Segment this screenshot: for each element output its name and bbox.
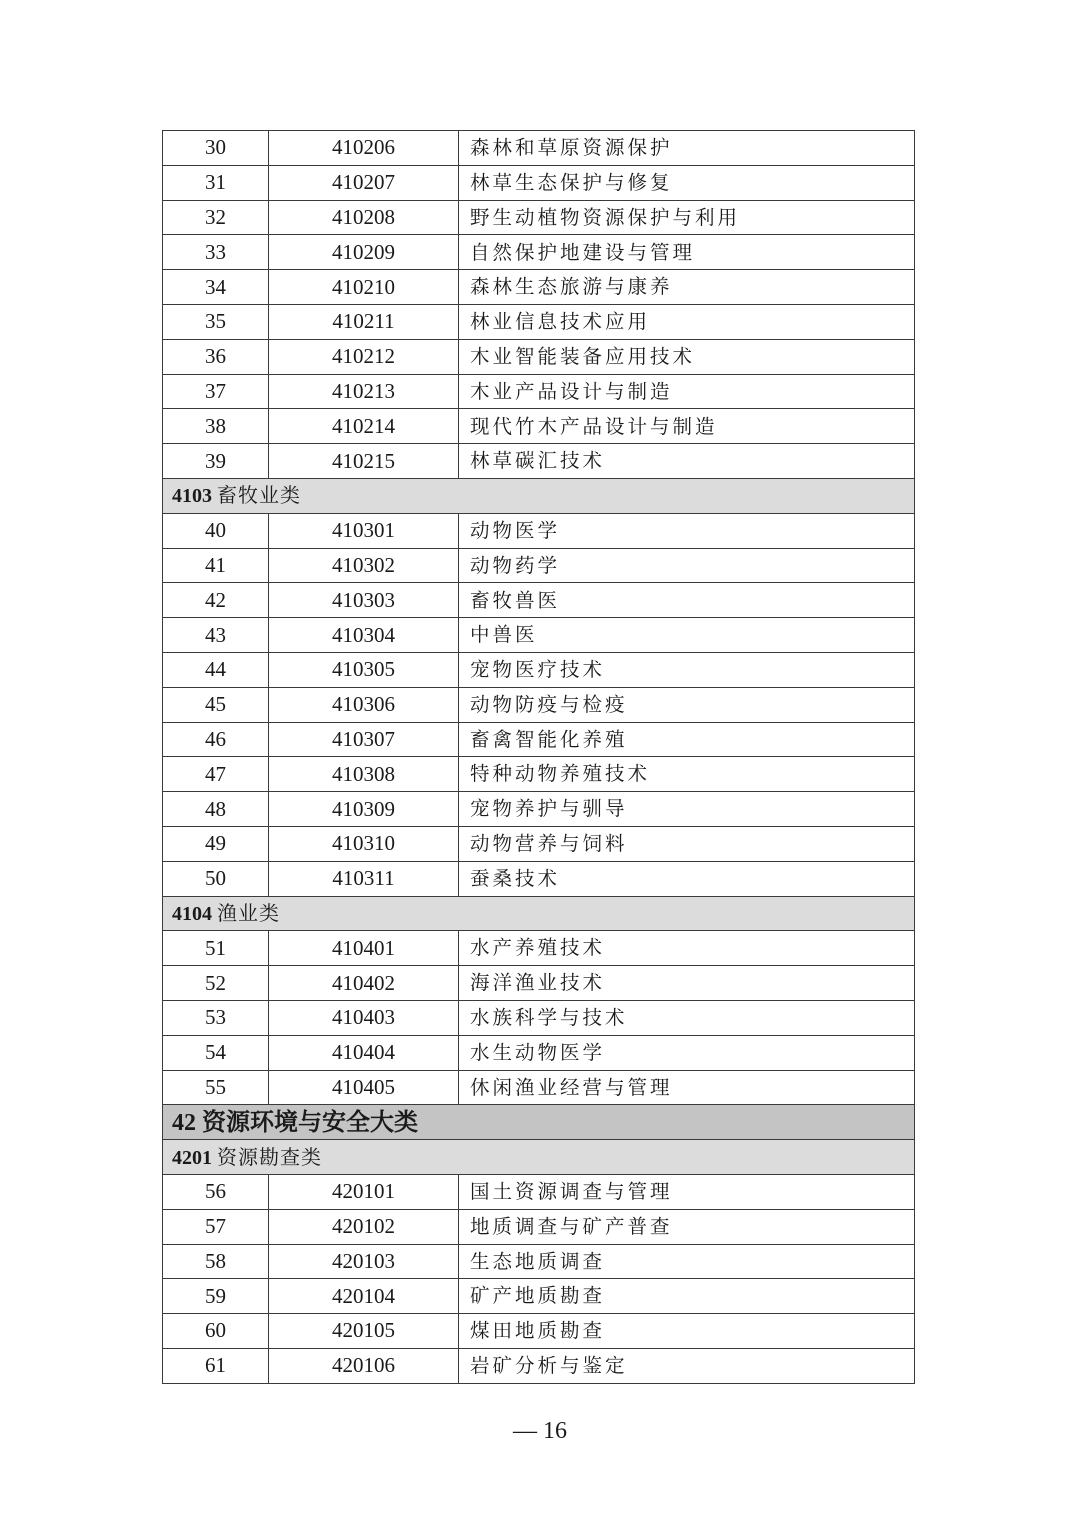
program-code: 420101: [269, 1174, 459, 1209]
program-code: 410214: [269, 409, 459, 444]
program-table: 30410206森林和草原资源保护31410207林草生态保护与修复324102…: [162, 130, 915, 1384]
program-code: 410212: [269, 339, 459, 374]
program-code: 410304: [269, 618, 459, 653]
table-row: 36410212木业智能装备应用技术: [163, 339, 915, 374]
program-name: 森林和草原资源保护: [459, 131, 915, 166]
table-row: 46410307畜禽智能化养殖: [163, 722, 915, 757]
category-code: 4103: [172, 485, 212, 507]
table-row: 39410215林草碳汇技术: [163, 444, 915, 479]
row-number: 40: [163, 513, 269, 548]
program-table-container: 30410206森林和草原资源保护31410207林草生态保护与修复324102…: [162, 130, 914, 1384]
program-name: 自然保护地建设与管理: [459, 235, 915, 270]
row-number: 41: [163, 548, 269, 583]
category-label: 资源勘查类: [217, 1145, 322, 1169]
row-number: 56: [163, 1174, 269, 1209]
category-cell: 4104 渔业类: [163, 896, 915, 931]
program-name: 畜禽智能化养殖: [459, 722, 915, 757]
table-row: 30410206森林和草原资源保护: [163, 131, 915, 166]
row-number: 35: [163, 304, 269, 339]
table-row: 44410305宠物医疗技术: [163, 652, 915, 687]
category-code: 42: [172, 1110, 196, 1136]
program-code: 410301: [269, 513, 459, 548]
program-name: 动物医学: [459, 513, 915, 548]
program-name: 国土资源调查与管理: [459, 1174, 915, 1209]
row-number: 51: [163, 931, 269, 966]
row-number: 39: [163, 444, 269, 479]
program-code: 410305: [269, 652, 459, 687]
row-number: 43: [163, 618, 269, 653]
program-name: 木业产品设计与制造: [459, 374, 915, 409]
table-row: 45410306动物防疫与检疫: [163, 687, 915, 722]
table-row: 60420105煤田地质勘查: [163, 1314, 915, 1349]
program-name: 现代竹木产品设计与制造: [459, 409, 915, 444]
program-code: 420102: [269, 1209, 459, 1244]
row-number: 46: [163, 722, 269, 757]
program-name: 林草生态保护与修复: [459, 165, 915, 200]
row-number: 37: [163, 374, 269, 409]
program-code: 410208: [269, 200, 459, 235]
program-name: 特种动物养殖技术: [459, 757, 915, 792]
program-name: 动物防疫与检疫: [459, 687, 915, 722]
program-name: 地质调查与矿产普查: [459, 1209, 915, 1244]
row-number: 53: [163, 1000, 269, 1035]
table-row: 41410302动物药学: [163, 548, 915, 583]
category-row: 4103 畜牧业类: [163, 478, 915, 513]
table-row: 31410207林草生态保护与修复: [163, 165, 915, 200]
row-number: 32: [163, 200, 269, 235]
program-name: 森林生态旅游与康养: [459, 270, 915, 305]
program-code: 410402: [269, 966, 459, 1001]
row-number: 47: [163, 757, 269, 792]
table-row: 50410311蚕桑技术: [163, 861, 915, 896]
row-number: 45: [163, 687, 269, 722]
row-number: 60: [163, 1314, 269, 1349]
table-row: 53410403水族科学与技术: [163, 1000, 915, 1035]
table-row: 43410304中兽医: [163, 618, 915, 653]
program-code: 420103: [269, 1244, 459, 1279]
major-category-row: 42 资源环境与安全大类: [163, 1105, 915, 1140]
program-code: 410207: [269, 165, 459, 200]
row-number: 48: [163, 792, 269, 827]
program-code: 410405: [269, 1070, 459, 1105]
program-code: 410213: [269, 374, 459, 409]
table-row: 51410401水产养殖技术: [163, 931, 915, 966]
table-row: 59420104矿产地质勘查: [163, 1279, 915, 1314]
row-number: 34: [163, 270, 269, 305]
category-row: 4104 渔业类: [163, 896, 915, 931]
program-table-body: 30410206森林和草原资源保护31410207林草生态保护与修复324102…: [163, 131, 915, 1384]
table-row: 33410209自然保护地建设与管理: [163, 235, 915, 270]
table-row: 52410402海洋渔业技术: [163, 966, 915, 1001]
program-code: 420106: [269, 1348, 459, 1383]
program-code: 410401: [269, 931, 459, 966]
program-name: 矿产地质勘查: [459, 1279, 915, 1314]
program-code: 410210: [269, 270, 459, 305]
row-number: 58: [163, 1244, 269, 1279]
program-code: 410206: [269, 131, 459, 166]
program-name: 动物营养与饲料: [459, 826, 915, 861]
category-cell: 4201 资源勘查类: [163, 1140, 915, 1175]
row-number: 30: [163, 131, 269, 166]
program-code: 410311: [269, 861, 459, 896]
program-name: 野生动植物资源保护与利用: [459, 200, 915, 235]
program-code: 410209: [269, 235, 459, 270]
row-number: 54: [163, 1035, 269, 1070]
program-code: 410309: [269, 792, 459, 827]
row-number: 59: [163, 1279, 269, 1314]
program-code: 420105: [269, 1314, 459, 1349]
program-name: 木业智能装备应用技术: [459, 339, 915, 374]
category-label: 渔业类: [217, 901, 280, 925]
row-number: 42: [163, 583, 269, 618]
row-number: 50: [163, 861, 269, 896]
table-row: 42410303畜牧兽医: [163, 583, 915, 618]
program-code: 410403: [269, 1000, 459, 1035]
program-code: 410215: [269, 444, 459, 479]
program-name: 宠物医疗技术: [459, 652, 915, 687]
table-row: 57420102地质调查与矿产普查: [163, 1209, 915, 1244]
program-name: 水产养殖技术: [459, 931, 915, 966]
program-name: 海洋渔业技术: [459, 966, 915, 1001]
category-label: 畜牧业类: [217, 483, 301, 507]
program-name: 中兽医: [459, 618, 915, 653]
program-name: 生态地质调查: [459, 1244, 915, 1279]
row-number: 31: [163, 165, 269, 200]
category-code: 4201: [172, 1147, 212, 1169]
row-number: 36: [163, 339, 269, 374]
program-code: 410211: [269, 304, 459, 339]
table-row: 48410309宠物养护与驯导: [163, 792, 915, 827]
row-number: 57: [163, 1209, 269, 1244]
program-name: 蚕桑技术: [459, 861, 915, 896]
program-code: 410303: [269, 583, 459, 618]
program-name: 林业信息技术应用: [459, 304, 915, 339]
category-row: 4201 资源勘查类: [163, 1140, 915, 1175]
table-row: 32410208野生动植物资源保护与利用: [163, 200, 915, 235]
program-name: 水族科学与技术: [459, 1000, 915, 1035]
row-number: 55: [163, 1070, 269, 1105]
category-label: 资源环境与安全大类: [202, 1108, 418, 1136]
program-code: 410308: [269, 757, 459, 792]
page-number: — 16: [0, 1418, 1080, 1445]
program-name: 水生动物医学: [459, 1035, 915, 1070]
table-row: 61420106岩矿分析与鉴定: [163, 1348, 915, 1383]
program-code: 420104: [269, 1279, 459, 1314]
table-row: 56420101国土资源调查与管理: [163, 1174, 915, 1209]
table-row: 35410211林业信息技术应用: [163, 304, 915, 339]
category-cell: 42 资源环境与安全大类: [163, 1105, 915, 1140]
table-row: 58420103生态地质调查: [163, 1244, 915, 1279]
row-number: 52: [163, 966, 269, 1001]
program-name: 煤田地质勘查: [459, 1314, 915, 1349]
row-number: 49: [163, 826, 269, 861]
program-code: 410310: [269, 826, 459, 861]
table-row: 40410301动物医学: [163, 513, 915, 548]
table-row: 55410405休闲渔业经营与管理: [163, 1070, 915, 1105]
table-row: 49410310动物营养与饲料: [163, 826, 915, 861]
program-name: 休闲渔业经营与管理: [459, 1070, 915, 1105]
table-row: 34410210森林生态旅游与康养: [163, 270, 915, 305]
table-row: 37410213木业产品设计与制造: [163, 374, 915, 409]
category-code: 4104: [172, 903, 212, 925]
program-name: 林草碳汇技术: [459, 444, 915, 479]
row-number: 44: [163, 652, 269, 687]
row-number: 33: [163, 235, 269, 270]
row-number: 38: [163, 409, 269, 444]
program-name: 动物药学: [459, 548, 915, 583]
table-row: 54410404水生动物医学: [163, 1035, 915, 1070]
program-code: 410302: [269, 548, 459, 583]
program-code: 410307: [269, 722, 459, 757]
program-name: 宠物养护与驯导: [459, 792, 915, 827]
program-name: 畜牧兽医: [459, 583, 915, 618]
program-code: 410404: [269, 1035, 459, 1070]
program-name: 岩矿分析与鉴定: [459, 1348, 915, 1383]
program-code: 410306: [269, 687, 459, 722]
row-number: 61: [163, 1348, 269, 1383]
table-row: 47410308特种动物养殖技术: [163, 757, 915, 792]
category-cell: 4103 畜牧业类: [163, 478, 915, 513]
table-row: 38410214现代竹木产品设计与制造: [163, 409, 915, 444]
